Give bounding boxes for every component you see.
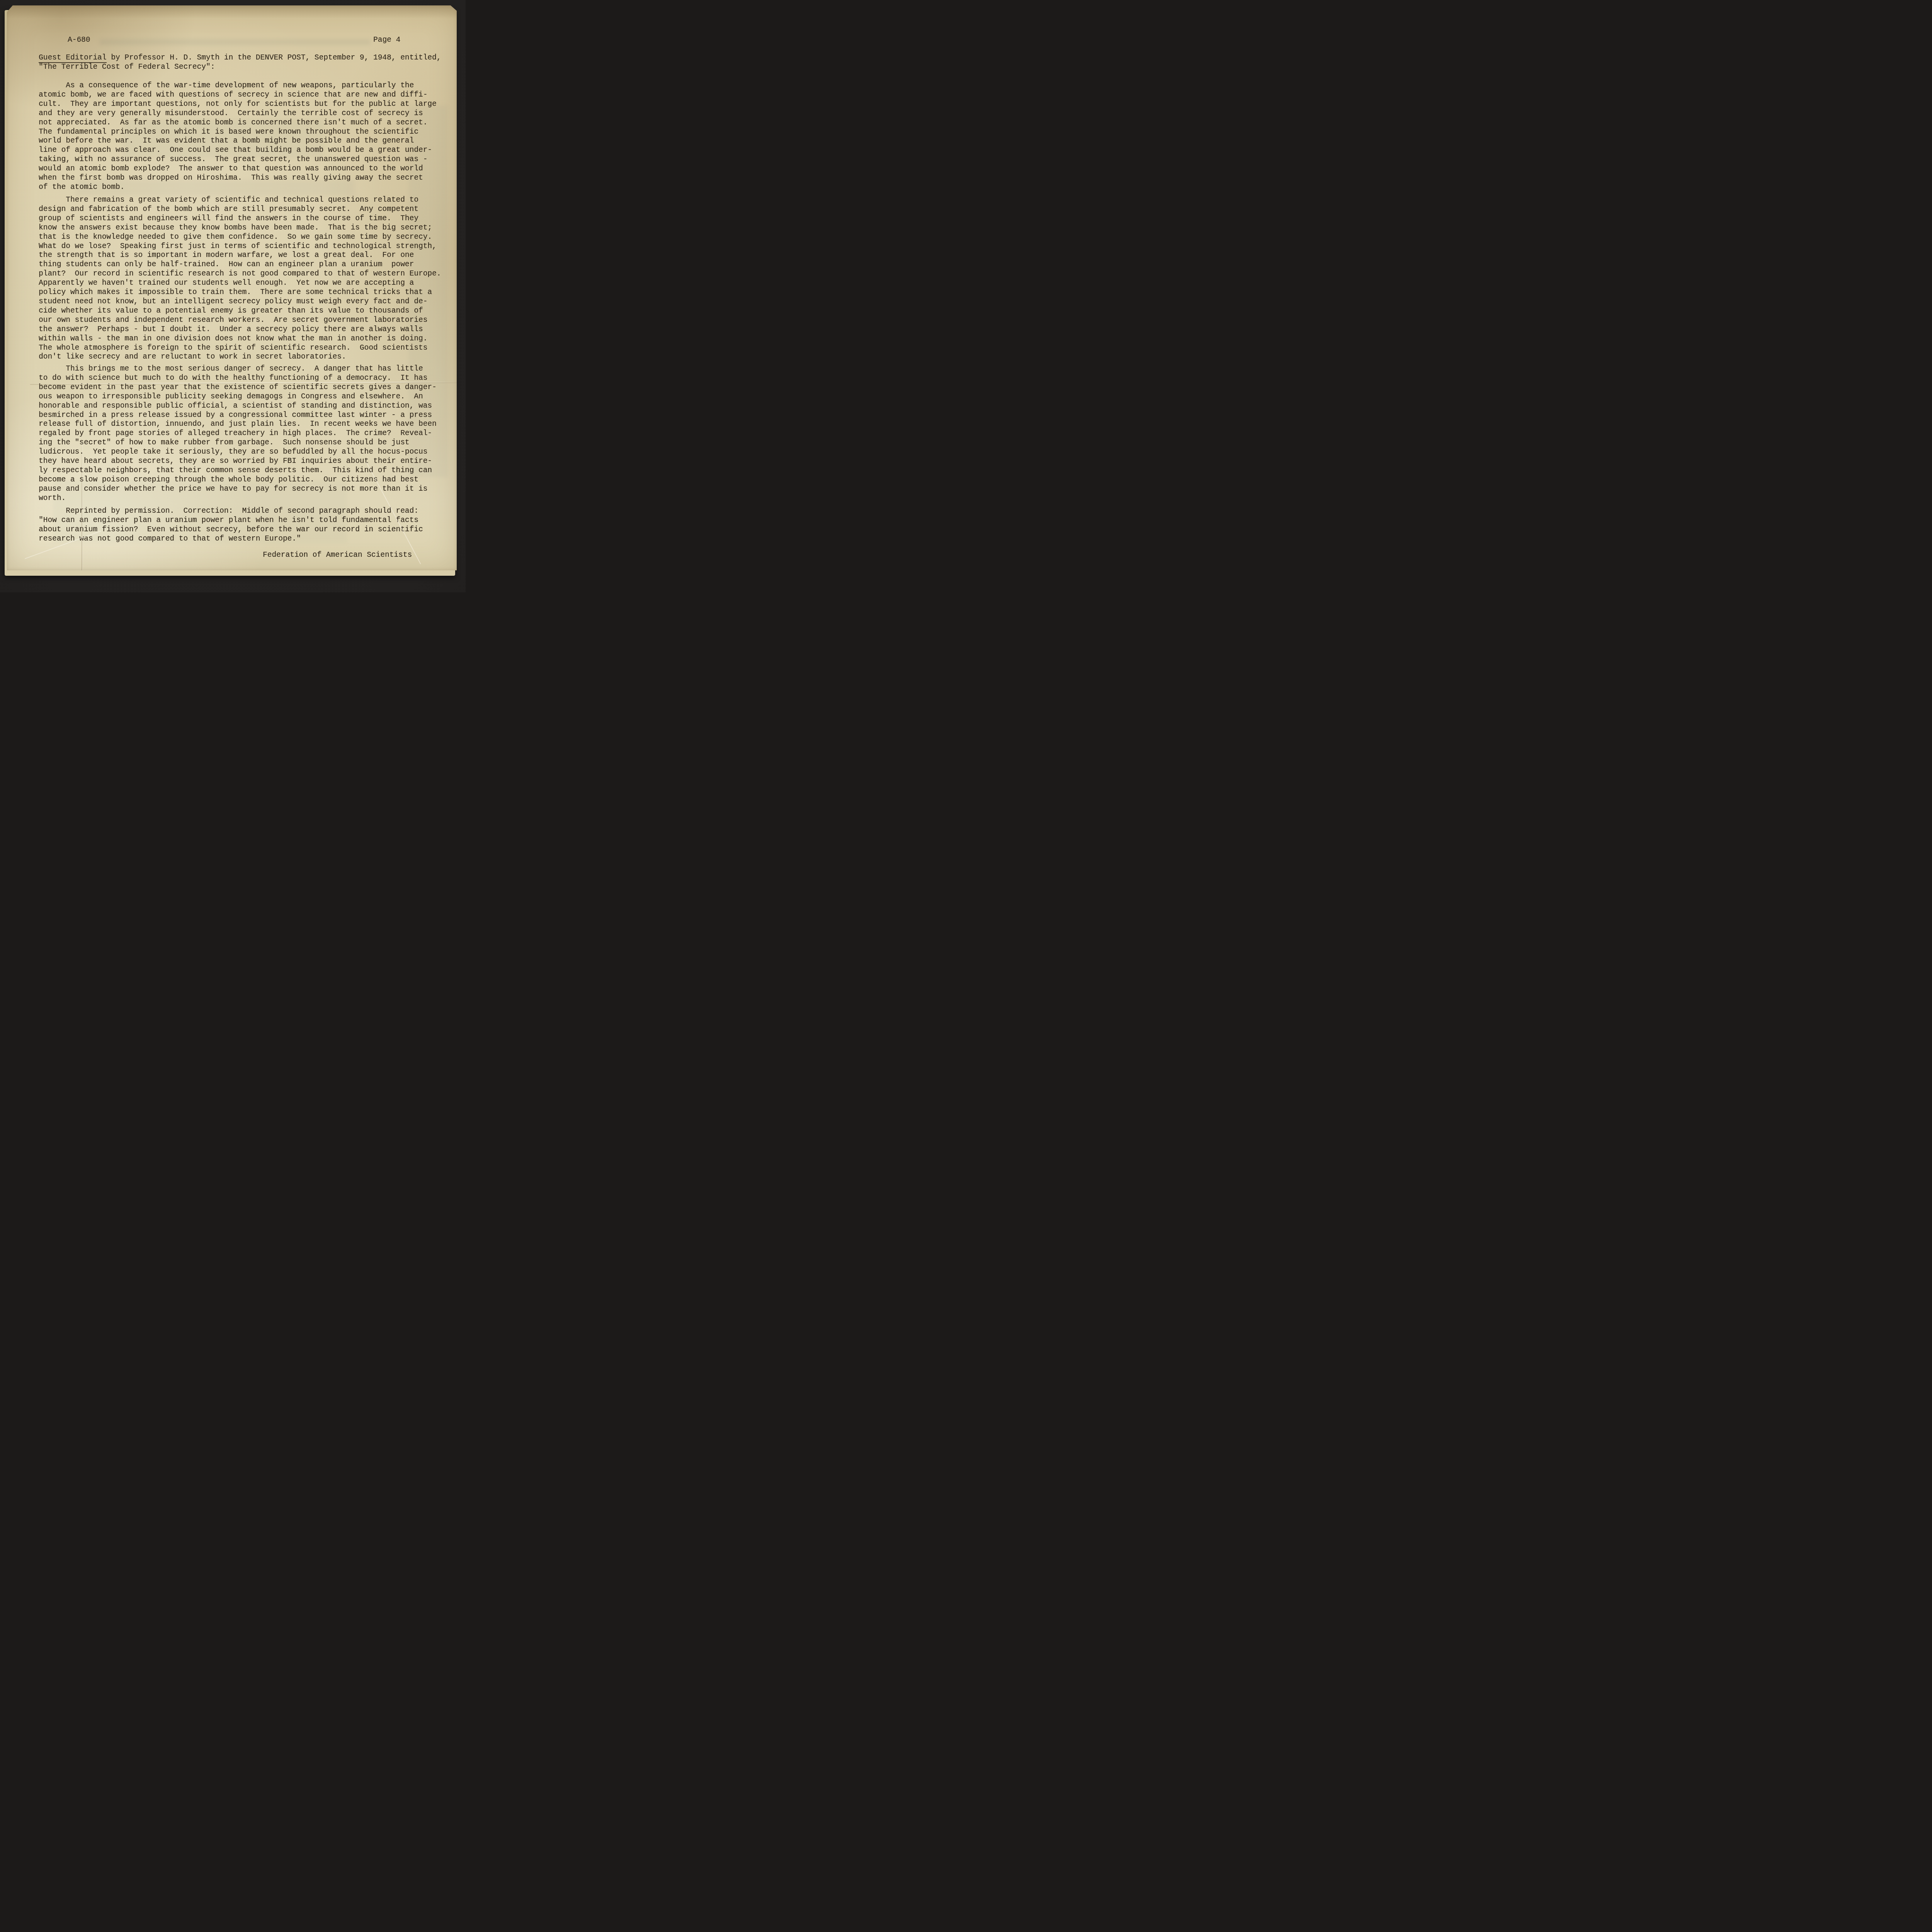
text-line: and they are very generally misunderstoo… <box>39 109 437 118</box>
text-line: would an atomic bomb explode? The answer… <box>39 164 437 173</box>
text-line: cide whether its value to a potential en… <box>39 306 441 316</box>
text-line: ludicrous. Yet people take it seriously,… <box>39 447 437 457</box>
text-line: There remains a great variety of scienti… <box>39 196 441 205</box>
text-line: Apparently we haven't trained our studen… <box>39 279 441 288</box>
text-line: cult. They are important questions, not … <box>39 100 437 109</box>
text-line: within walls - the man in one division d… <box>39 334 441 344</box>
text-line: that is the knowledge needed to give the… <box>39 233 441 242</box>
bleed-through-smudge <box>100 39 370 45</box>
editorial-heading: Guest Editorial by Professor H. D. Smyth… <box>39 53 441 72</box>
text-line: Reprinted by permission. Correction: Mid… <box>39 507 423 516</box>
text-line: ous weapon to irresponsible publicity se… <box>39 392 437 401</box>
text-line: worth. <box>39 494 437 503</box>
text-line: ly respectable neighbors, that their com… <box>39 466 437 475</box>
text-line: atomic bomb, we are faced with questions… <box>39 90 437 100</box>
text-line: become evident in the past year that the… <box>39 383 437 392</box>
text-line: The whole atmosphere is foreign to the s… <box>39 344 441 353</box>
paragraph-2: There remains a great variety of scienti… <box>39 196 441 362</box>
text-line: policy which makes it impossible to trai… <box>39 288 441 297</box>
text-line: the answer? Perhaps - but I doubt it. Un… <box>39 325 441 334</box>
heading-rest: by Professor H. D. Smyth in the DENVER P… <box>107 53 441 62</box>
heading-line: Guest Editorial by Professor H. D. Smyth… <box>39 53 441 63</box>
text-line: when the first bomb was dropped on Hiros… <box>39 173 437 183</box>
text-line: thing students can only be half-trained.… <box>39 260 441 269</box>
text-line: they have heard about secrets, they are … <box>39 457 437 466</box>
text-line: regaled by front page stories of alleged… <box>39 429 437 438</box>
text-line: of the atomic bomb. <box>39 183 437 192</box>
vertical-fold-crease <box>82 442 82 570</box>
text-line: The fundamental principles on which it i… <box>39 128 437 137</box>
text-line: design and fabrication of the bomb which… <box>39 205 441 214</box>
text-line: What do we lose? Speaking first just in … <box>39 242 441 251</box>
text-line: world before the war. It was evident tha… <box>39 136 437 146</box>
text-line: don't like secrecy and are reluctant to … <box>39 352 441 362</box>
signature: Federation of American Scientists <box>263 551 412 560</box>
heading-title-line: "The Terrible Cost of Federal Secrecy": <box>39 63 441 72</box>
text-line: besmirched in a press release issued by … <box>39 411 437 420</box>
paper-edge-shading <box>7 5 457 19</box>
text-line: This brings me to the most serious dange… <box>39 364 437 374</box>
text-line: the strength that is so important in mod… <box>39 251 441 260</box>
scan-background: A-680 Page 4 Guest Editorial by Professo… <box>0 0 466 592</box>
text-line: know the answers exist because they know… <box>39 223 441 233</box>
text-line: "How can an engineer plan a uranium powe… <box>39 516 423 525</box>
document-page: A-680 Page 4 Guest Editorial by Professo… <box>7 5 457 570</box>
text-line: not appreciated. As far as the atomic bo… <box>39 118 437 128</box>
text-line: research was not good compared to that o… <box>39 534 423 544</box>
text-line: our own students and independent researc… <box>39 316 441 325</box>
text-line: pause and consider whether the price we … <box>39 485 437 494</box>
text-line: student need not know, but an intelligen… <box>39 297 441 306</box>
text-line: ing the "secret" of how to make rubber f… <box>39 438 437 447</box>
text-line: honorable and responsible public officia… <box>39 401 437 411</box>
text-line: become a slow poison creeping through th… <box>39 475 437 485</box>
text-line: taking, with no assurance of success. Th… <box>39 155 437 164</box>
text-line: line of approach was clear. One could se… <box>39 146 437 155</box>
paragraph-4: Reprinted by permission. Correction: Mid… <box>39 507 423 544</box>
text-line: plant? Our record in scientific research… <box>39 269 441 279</box>
text-line: group of scientists and engineers will f… <box>39 214 441 223</box>
text-line: As a consequence of the war-time develop… <box>39 81 437 90</box>
text-line: to do with science but much to do with t… <box>39 374 437 383</box>
document-number: A-680 <box>68 36 90 45</box>
paragraph-1: As a consequence of the war-time develop… <box>39 81 437 192</box>
guest-editorial-underlined: Guest Editorial <box>39 53 107 63</box>
text-line: release full of distortion, innuendo, an… <box>39 420 437 429</box>
page-number: Page 4 <box>373 36 400 45</box>
